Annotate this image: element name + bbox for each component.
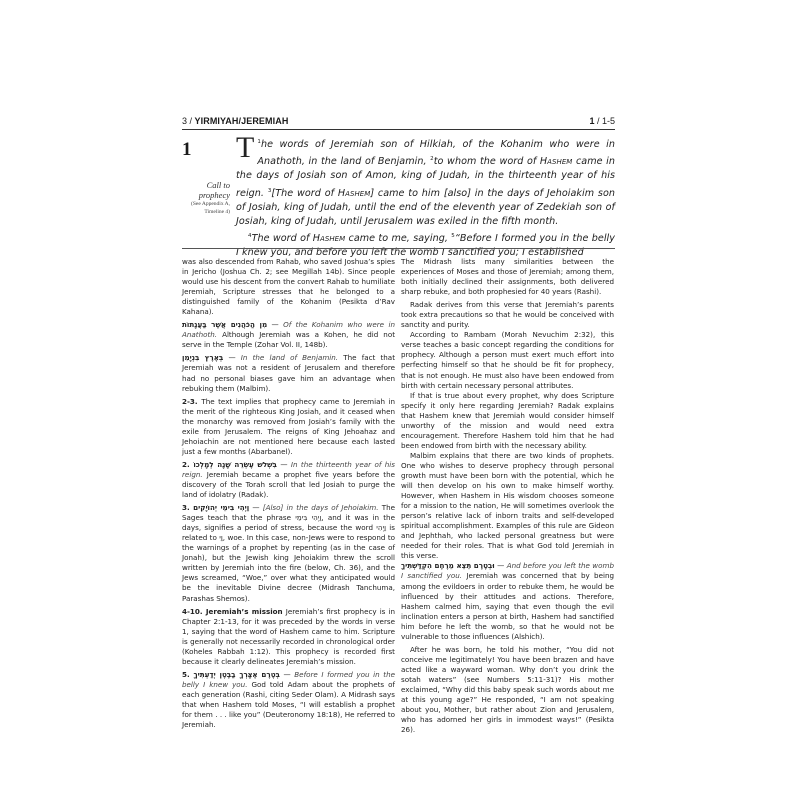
running-head: 3 / YIRMIYAH/JEREMIAH 1 / 1-5	[182, 113, 615, 126]
entry-number: 2-3.	[182, 397, 201, 406]
entry-number: 4-10.	[182, 607, 206, 616]
drop-cap: T	[236, 136, 254, 160]
commentary-paragraph: 2-3. The text implies that prophecy came…	[182, 397, 395, 457]
commentary-left-column: was also descended from Rahab, who saved…	[182, 257, 395, 735]
hebrew-lemma: מִן הַכֹּהֲנִים אֲשֶׁר בַּעֲנָתוֹת	[182, 320, 267, 329]
commentary-paragraph: מִן הַכֹּהֲנִים אֲשֶׁר בַּעֲנָתוֹת — Of …	[182, 320, 395, 350]
commentary-text: Jeremiah became a prophet five years bef…	[182, 470, 395, 499]
verse-area: 1 Call to prophecy (See Appendix A, Time…	[182, 135, 615, 247]
hebrew-lemma: בְּטֶרֶם אֶצָּרְךָ בַבֶּטֶן יְדַעְתִּיךָ	[194, 670, 280, 679]
commentary-text: Jeremiah was concerned that by being amo…	[401, 571, 614, 640]
commentary-paragraph: 5. בְּטֶרֶם אֶצָּרְךָ בַבֶּטֶן יְדַעְתִּ…	[182, 670, 395, 730]
divine-name: Hashem	[338, 188, 370, 199]
margin-note-sub-2: Timeline 4)	[182, 208, 230, 216]
commentary-text: According to Rambam (Morah Nevuchim 2:32…	[401, 330, 614, 389]
divine-name: Hashem	[313, 233, 345, 244]
commentary-paragraph: 3. וַיְהִי בִּימֵי יְהוֹיָקִים — [Also] …	[182, 503, 395, 603]
lemma-translation: In the land of Benjamin.	[241, 353, 338, 362]
commentary-divider	[182, 248, 615, 249]
commentary-text: After he was born, he told his mother, “…	[401, 645, 614, 734]
hebrew-lemma: בְּאֶרֶץ בִּנְיָמִן	[182, 353, 223, 362]
commentary-paragraph: וּבְטֶרֶם תֵּצֵא מֵרֶחֶם הִקְדַּשְׁתִּיך…	[401, 561, 614, 641]
lemma-translation: [Also] in the days of Jehoiakim.	[263, 503, 379, 512]
entry-number: 5.	[182, 670, 194, 679]
commentary-paragraph: 4-10. Jeremiah’s mission Jeremiah’s firs…	[182, 607, 395, 667]
commentary-paragraph: Radak derives from this verse that Jerem…	[401, 300, 614, 330]
verse-2a: to whom the word of	[434, 156, 540, 167]
chapter-ref: 1	[589, 116, 594, 126]
verse-text: 1The words of Jeremiah son of Hilkiah, o…	[236, 135, 615, 261]
commentary-text: The Midrash lists many similarities betw…	[401, 257, 614, 296]
commentary-paragraph: After he was born, he told his mother, “…	[401, 645, 614, 735]
book-title: YIRMIYAH/JEREMIAH	[195, 116, 289, 126]
margin-note: Call to prophecy (See Appendix A, Timeli…	[182, 180, 230, 216]
verse-4b: came to me, saying,	[345, 233, 448, 244]
page-number: 3 /	[182, 116, 192, 126]
commentary-text: The Sages teach that the phrase וַיְהִי …	[182, 503, 395, 602]
divine-name: Hashem	[540, 156, 572, 167]
commentary-paragraph: According to Rambam (Morah Nevuchim 2:32…	[401, 330, 614, 390]
commentary-paragraph: was also descended from Rahab, who saved…	[182, 257, 395, 317]
commentary-paragraph: בְּאֶרֶץ בִּנְיָמִן — In the land of Ben…	[182, 353, 395, 393]
commentary: was also descended from Rahab, who saved…	[182, 257, 615, 735]
entry-heading: Jeremiah’s mission	[206, 607, 283, 616]
verse-4a: The word of	[252, 233, 313, 244]
commentary-paragraph: Malbim explains that there are two kinds…	[401, 451, 614, 562]
commentary-text: was also descended from Rahab, who saved…	[182, 257, 395, 316]
hebrew-lemma: וּבְטֶרֶם תֵּצֵא מֵרֶחֶם הִקְדַּשְׁתִּיך…	[401, 561, 495, 570]
commentary-paragraph: If that is true about every prophet, why…	[401, 391, 614, 451]
margin-note-title-1: Call to	[207, 180, 230, 190]
running-head-left: 3 / YIRMIYAH/JEREMIAH	[182, 116, 288, 126]
chapter-number: 1	[182, 139, 192, 161]
verse-range: / 1-5	[597, 116, 615, 126]
entry-number: 2.	[182, 460, 193, 469]
entry-number: 3.	[182, 503, 193, 512]
commentary-text: Radak derives from this verse that Jerem…	[401, 300, 614, 329]
commentary-text: Malbim explains that there are two kinds…	[401, 451, 614, 560]
margin-note-sub-1: (See Appendix A,	[182, 200, 230, 208]
hebrew-lemma: וַיְהִי בִּימֵי יְהוֹיָקִים	[193, 503, 249, 512]
header-rule	[182, 129, 615, 130]
commentary-paragraph: The Midrash lists many similarities betw…	[401, 257, 614, 297]
book-page: 3 / YIRMIYAH/JEREMIAH 1 / 1-5 1 Call to …	[182, 113, 615, 247]
margin-note-title-2: prophecy	[199, 190, 230, 200]
hebrew-lemma: בִּשְׁלֹשׁ עֶשְׂרֵה שָׁנָה לְמָלְכוֹ	[193, 460, 277, 469]
running-head-right: 1 / 1-5	[589, 116, 615, 126]
commentary-paragraph: 2. בִּשְׁלֹשׁ עֶשְׂרֵה שָׁנָה לְמָלְכוֹ …	[182, 460, 395, 500]
verse-4-5: 4The word of Hashem came to me, saying, …	[236, 229, 615, 260]
commentary-right-column: The Midrash lists many similarities betw…	[401, 257, 614, 735]
commentary-text: If that is true about every prophet, why…	[401, 391, 614, 450]
verse-3a: [The word of	[271, 188, 337, 199]
commentary-text: The text implies that prophecy came to J…	[182, 397, 395, 456]
